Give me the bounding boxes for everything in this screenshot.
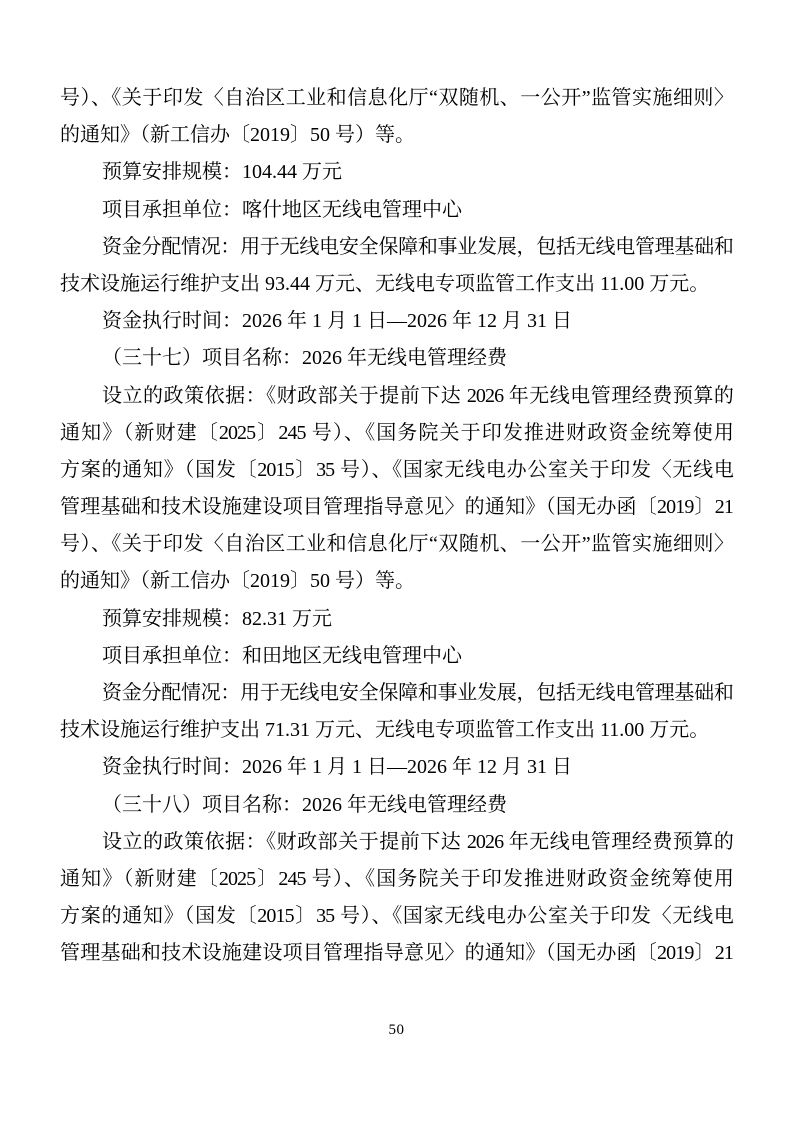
text-line: 预算安排规模：82.31 万元 — [60, 601, 733, 638]
text-line: 的通知》（新工信办〔2019〕50 号）等。 — [60, 563, 733, 600]
text-line: 资金分配情况：用于无线电安全保障和事业发展，包括无线电管理基础和 — [60, 229, 733, 266]
page-number: 50 — [389, 1022, 405, 1038]
text-line: 设立的政策依据：《财政部关于提前下达 2026 年无线电管理经费预算的 — [60, 824, 733, 861]
text-line: 方案的通知》（国发〔2015〕35 号）、《国家无线电办公室关于印发〈无线电 — [60, 452, 733, 489]
text-line: 通知》（新财建〔2025〕245 号）、《国务院关于印发推进财政资金统筹使用 — [60, 415, 733, 452]
text-line: （三十八）项目名称：2026 年无线电管理经费 — [60, 787, 733, 824]
text-line: 技术设施运行维护支出 93.44 万元、无线电专项监管工作支出 11.00 万元… — [60, 266, 733, 303]
text-line: 号）、《关于印发〈自治区工业和信息化厅“双随机、一公开”监管实施细则〉 — [60, 80, 733, 117]
text-line: 预算安排规模：104.44 万元 — [60, 154, 733, 191]
page-footer: 50 — [0, 1021, 793, 1039]
text-line: 号）、《关于印发〈自治区工业和信息化厅“双随机、一公开”监管实施细则〉 — [60, 526, 733, 563]
text-line: 技术设施运行维护支出 71.31 万元、无线电专项监管工作支出 11.00 万元… — [60, 712, 733, 749]
text-line: 管理基础和技术设施建设项目管理指导意见〉的通知》（国无办函〔2019〕21 — [60, 935, 733, 972]
text-line: 设立的政策依据：《财政部关于提前下达 2026 年无线电管理经费预算的 — [60, 378, 733, 415]
document-page: 号）、《关于印发〈自治区工业和信息化厅“双随机、一公开”监管实施细则〉的通知》（… — [0, 0, 793, 1122]
text-line: 项目承担单位：喀什地区无线电管理中心 — [60, 192, 733, 229]
text-line: 通知》（新财建〔2025〕245 号）、《国务院关于印发推进财政资金统筹使用 — [60, 861, 733, 898]
text-line: 的通知》（新工信办〔2019〕50 号）等。 — [60, 117, 733, 154]
text-line: 方案的通知》（国发〔2015〕35 号）、《国家无线电办公室关于印发〈无线电 — [60, 898, 733, 935]
text-line: 资金分配情况：用于无线电安全保障和事业发展，包括无线电管理基础和 — [60, 675, 733, 712]
text-line: 管理基础和技术设施建设项目管理指导意见〉的通知》（国无办函〔2019〕21 — [60, 489, 733, 526]
text-line: （三十七）项目名称：2026 年无线电管理经费 — [60, 340, 733, 377]
text-line: 资金执行时间：2026 年 1 月 1 日—2026 年 12 月 31 日 — [60, 749, 733, 786]
document-body: 号）、《关于印发〈自治区工业和信息化厅“双随机、一公开”监管实施细则〉的通知》（… — [60, 80, 733, 973]
text-line: 项目承担单位：和田地区无线电管理中心 — [60, 638, 733, 675]
text-line: 资金执行时间：2026 年 1 月 1 日—2026 年 12 月 31 日 — [60, 303, 733, 340]
